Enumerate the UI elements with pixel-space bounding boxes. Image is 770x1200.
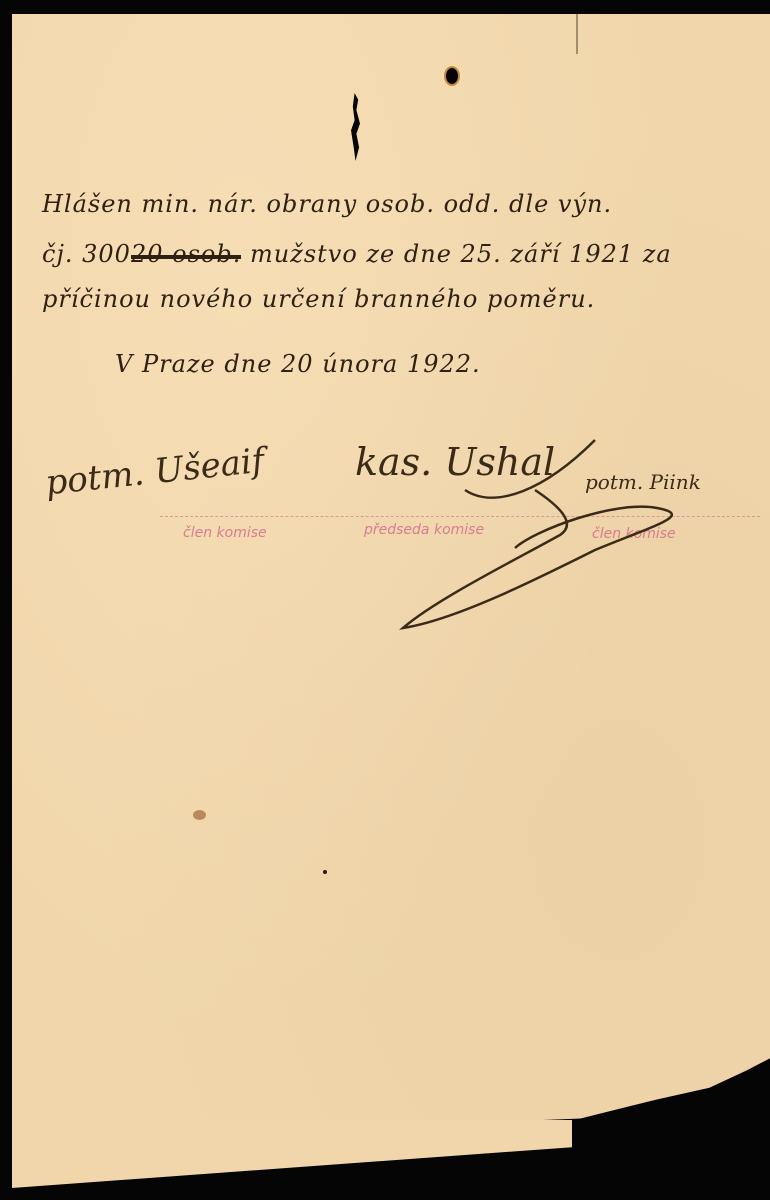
signature-flourish xyxy=(395,430,715,640)
place-date: V Praze dne 20 února 1922. xyxy=(115,350,481,378)
punch-hole xyxy=(446,68,458,84)
body-line-2: čj. 30020 osob. mužstvo ze dne 25. září … xyxy=(42,240,672,268)
struck-text: 20 osob. xyxy=(131,240,241,268)
body-line-2-prefix: čj. 300 xyxy=(42,240,131,268)
stain-mark xyxy=(193,810,206,820)
document-page-bottom-edge xyxy=(12,1120,572,1188)
body-line-3: příčinou nového určení branného poměru. xyxy=(42,285,595,313)
body-line-1: Hlášen min. nár. obrany osob. odd. dle v… xyxy=(42,190,612,218)
body-line-2-suffix: mužstvo ze dne 25. září 1921 za xyxy=(241,240,671,268)
paper-tear xyxy=(576,14,578,54)
ink-dot xyxy=(323,870,327,874)
stamp-member-left: člen komise xyxy=(183,525,267,541)
